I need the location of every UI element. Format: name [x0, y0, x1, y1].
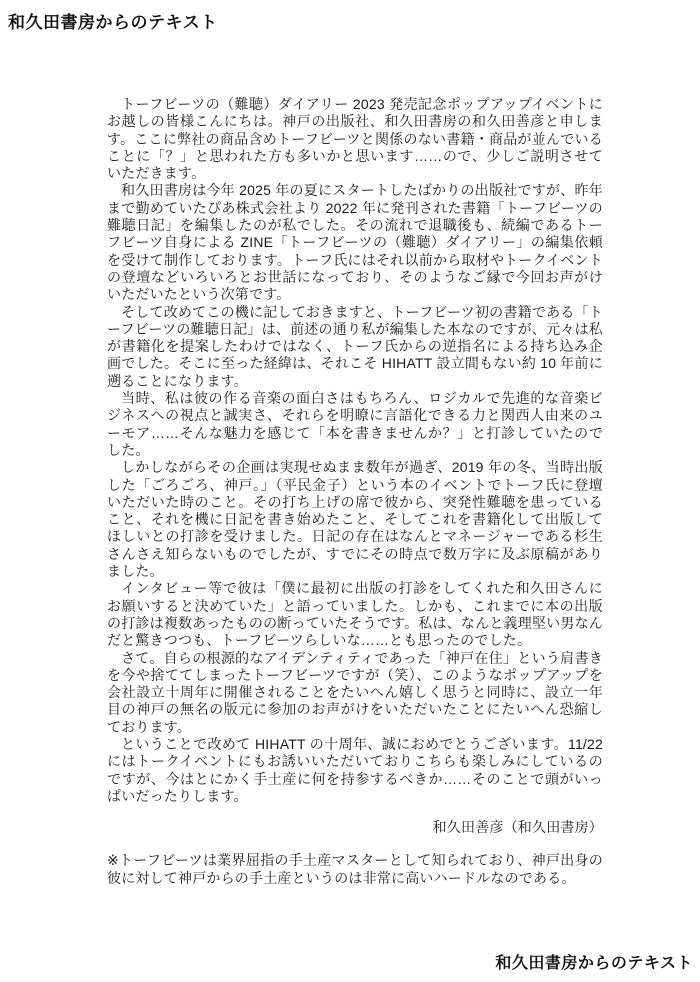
letter-paragraph: 和久田書房は今年 2025 年の夏にスタートしたばかりの出版社ですが、昨年まで勤… — [107, 182, 603, 303]
letter-paragraph: しかしながらその企画は実現せぬまま数年が過ぎ、2019 年の冬、当時出版した「ご… — [107, 459, 603, 580]
document-page: 和久田書房からのテキスト トーフビーツの（難聴）ダイアリー 2023 発売記念ポ… — [0, 0, 700, 982]
letter-paragraph: そして改めてこの機に記しておきますと、トーフビーツ初の書籍である「トーフビーツの… — [107, 304, 603, 390]
letter-paragraph: トーフビーツの（難聴）ダイアリー 2023 発売記念ポップアップイベントにお越し… — [107, 96, 603, 182]
footnote: ※トーフビーツは業界屈指の手土産マスターとして知られており、神戸出身の彼に対して… — [107, 852, 603, 887]
letter-paragraph: インタビュー等で彼は「僕に最初に出版の打診をしてくれた和久田さんにお願いすると決… — [107, 580, 603, 649]
letter-paragraph: ということで改めて HIHATT の十周年、誠におめでとうございます。11/22… — [107, 736, 603, 805]
header-title: 和久田書房からのテキスト — [8, 8, 218, 33]
signature: 和久田善彦（和久田書房） — [107, 819, 603, 836]
footer-title: 和久田書房からのテキスト — [495, 950, 693, 973]
letter-body: トーフビーツの（難聴）ダイアリー 2023 発売記念ポップアップイベントにお越し… — [107, 96, 603, 901]
letter-paragraph: 当時、私は彼の作る音楽の面白さはもちろん、ロジカルで先進的な音楽ビジネスへの視点… — [107, 390, 603, 459]
letter-paragraph: さて。自らの根源的なアイデンティティであった「神戸在住」という肩書きを今や捨てて… — [107, 650, 603, 736]
